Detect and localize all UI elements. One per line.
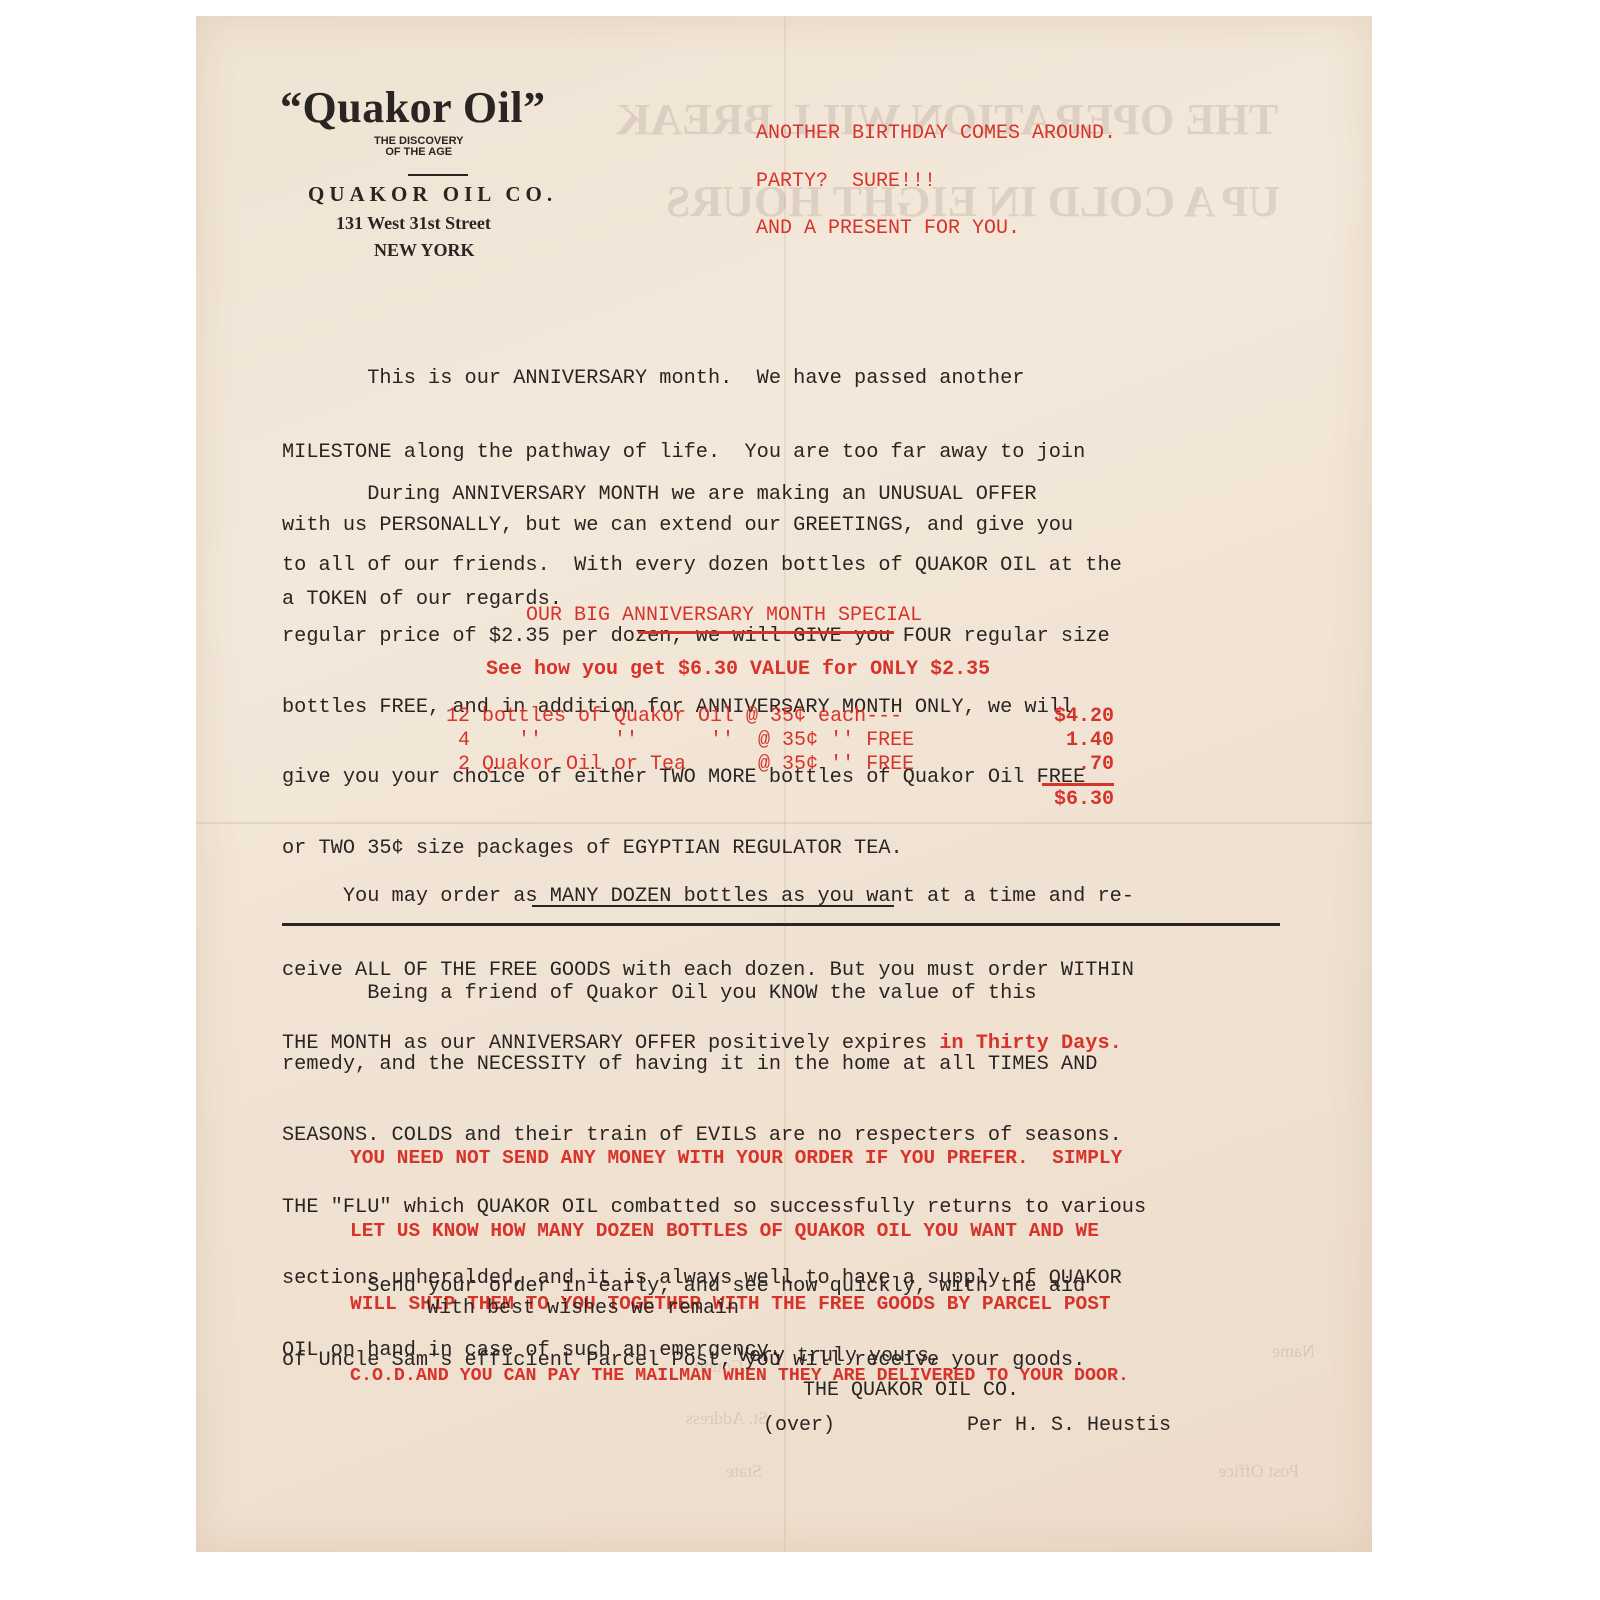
text-line: Being a friend of Quakor Oil you KNOW th…	[282, 982, 1146, 1006]
special-title-underline	[638, 631, 894, 634]
text-line: to all of our friends. With every dozen …	[282, 554, 1122, 578]
letterhead-divider	[408, 174, 468, 176]
signer: Per H. S. Heustis	[967, 1414, 1171, 1437]
tagline-line: OF THE AGE	[374, 147, 463, 158]
brand-title: “Quakor Oil”	[280, 82, 546, 133]
text-line: Send your order in early, and see how qu…	[282, 1275, 1085, 1300]
company-address: 131 West 31st Street	[336, 213, 491, 234]
text-line: YOU NEED NOT SEND ANY MONEY WITH YOUR OR…	[350, 1146, 1129, 1170]
bleed-through-form-label: State	[726, 1461, 762, 1482]
bleed-through-form-label: Post Office	[1218, 1461, 1299, 1482]
bleed-through-form-label: Name	[1272, 1341, 1315, 1362]
text-line: This is our ANNIVERSARY month. We have p…	[282, 367, 1085, 392]
brand-tagline: THE DISCOVERY OF THE AGE	[374, 136, 463, 158]
price-row-desc: 12 bottles of Quakor Oil @ 35¢ each---	[446, 705, 902, 728]
red-header-line: ANOTHER BIRTHDAY COMES AROUND.	[756, 122, 1116, 145]
offer-underline	[532, 905, 894, 907]
signature-company: THE QUAKOR OIL CO.	[803, 1379, 1019, 1402]
price-total: $6.30	[1026, 788, 1114, 811]
red-header-line: AND A PRESENT FOR YOU.	[756, 217, 1020, 240]
price-row-desc: 4 '' '' '' @ 35¢ '' FREE	[446, 729, 914, 752]
text-line: regular price of $2.35 per dozen, we wil…	[282, 625, 1122, 649]
letter-page: THE OPERATION WILL BREAK UP A COLD IN EI…	[196, 16, 1372, 1552]
price-row-amount: 1.40	[1026, 729, 1114, 752]
text-line: of Uncle Sam's efficient Parcel Post, yo…	[282, 1349, 1085, 1374]
valediction: Very truly yours,	[737, 1345, 941, 1368]
closing-line: With best wishes we remain	[427, 1297, 739, 1320]
total-rule	[1042, 783, 1114, 786]
price-row-amount: $4.20	[1026, 705, 1114, 728]
company-city: NEW YORK	[374, 240, 475, 261]
section-rule	[282, 923, 1280, 926]
special-subtitle: See how you get $6.30 VALUE for ONLY $2.…	[486, 658, 990, 681]
text-line: During ANNIVERSARY MONTH we are making a…	[282, 483, 1122, 507]
red-header-line: PARTY? SURE!!!	[756, 170, 936, 193]
company-name: QUAKOR OIL CO.	[308, 182, 557, 207]
special-title: OUR BIG ANNIVERSARY MONTH SPECIAL	[526, 604, 922, 627]
over-note: (over)	[763, 1414, 835, 1437]
price-row-amount: .70	[1026, 753, 1114, 776]
price-row-desc: 2 Quakor Oil or Tea @ 35¢ '' FREE	[446, 753, 914, 776]
text-line: remedy, and the NECESSITY of having it i…	[282, 1053, 1146, 1077]
